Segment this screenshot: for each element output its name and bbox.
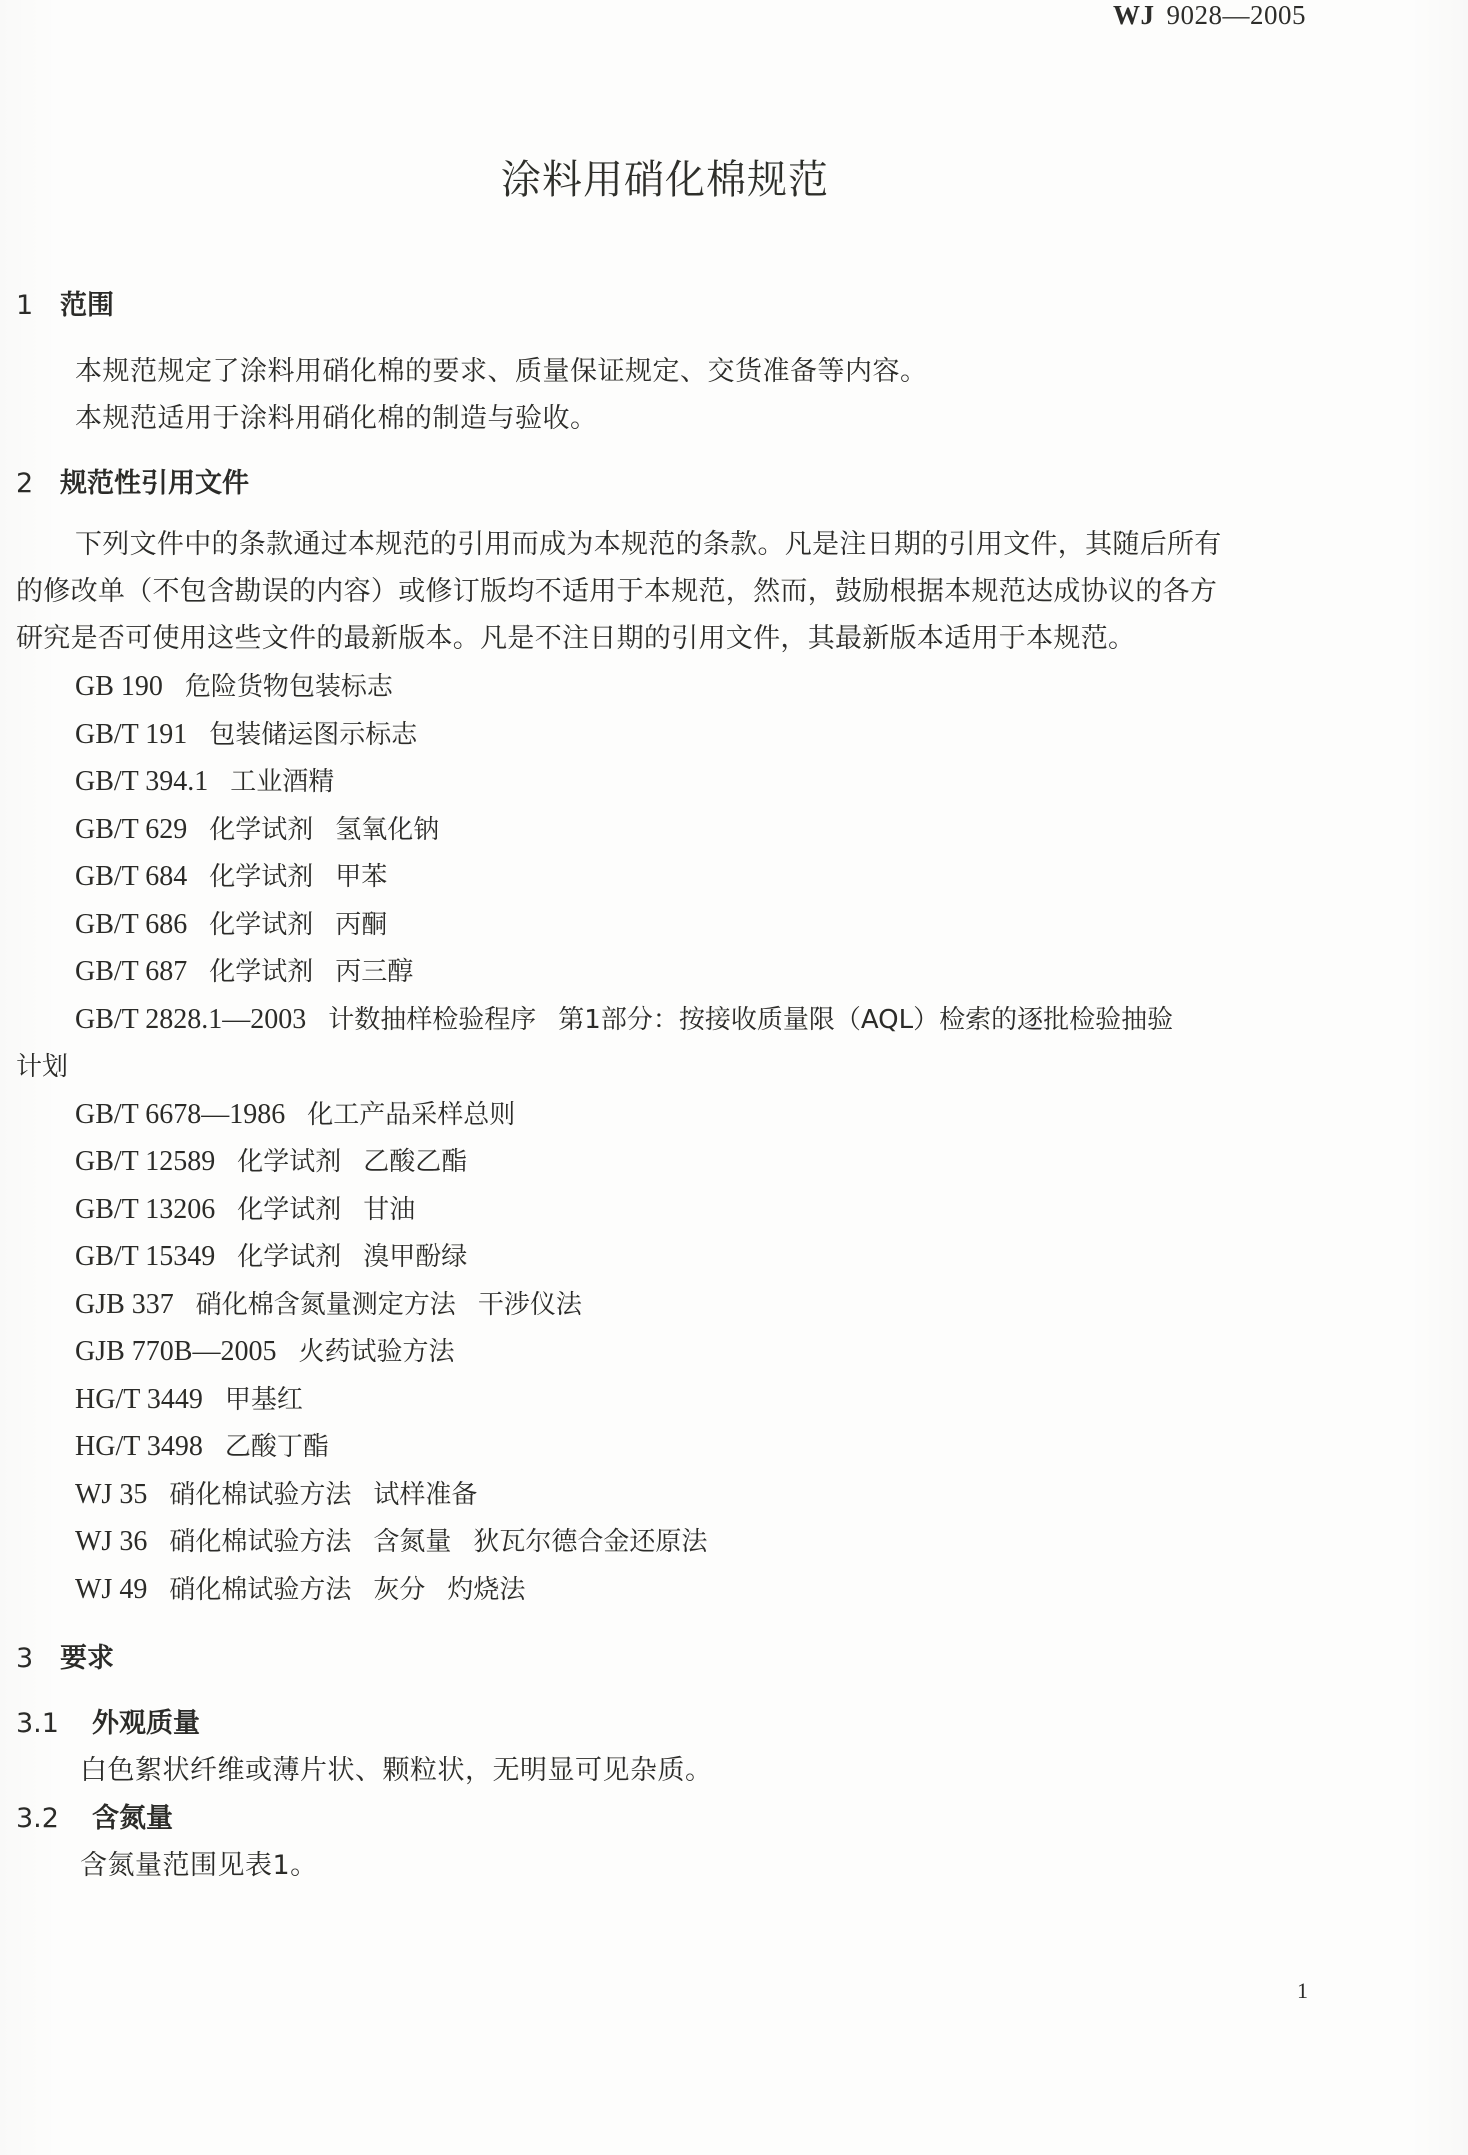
section-2-intro-line: 下列文件中的条款通过本规范的引用而成为本规范的条款。凡是注日期的引用文件，其随后…: [75, 521, 1222, 569]
standard-number: WJ9028—2005: [1113, 0, 1306, 31]
section-1-heading: 1范围: [16, 283, 114, 322]
reference-method: 灼烧法: [447, 1575, 525, 1605]
section-2-intro-line: 的修改单（不包含勘误的内容）或修订版均不适用于本规范，然而，鼓励根据本规范达成协…: [16, 568, 1217, 616]
reference-code: WJ 35: [75, 1479, 147, 1511]
reference-code: GB/T 2828.1—2003: [75, 1004, 306, 1036]
subsection-3-2-heading: 3.2含氮量: [16, 1796, 173, 1835]
reference-code: GB/T 687: [75, 956, 187, 988]
reference-item: GJB 770B—2005火药试验方法: [75, 1331, 454, 1368]
reference-title: 化学试剂: [237, 1147, 341, 1177]
reference-subtitle: 甘油: [363, 1195, 415, 1225]
section-number: 3: [16, 1643, 60, 1674]
section-2-intro-line: 研究是否可使用这些文件的最新版本。凡是不注日期的引用文件，其最新版本适用于本规范…: [16, 615, 1135, 663]
reference-item: GB/T 394.1工业酒精: [75, 761, 334, 798]
reference-method: 狄瓦尔德合金还原法: [473, 1527, 707, 1557]
subsection-3-1-text: 白色絮状纤维或薄片状、颗粒状，无明显可见杂质。: [80, 1748, 713, 1787]
reference-subtitle: 灰分: [373, 1575, 425, 1605]
reference-title: 化工产品采样总则: [307, 1100, 515, 1130]
reference-item: GJB 337硝化棉含氮量测定方法干涉仪法: [75, 1284, 582, 1321]
reference-title: 化学试剂: [209, 910, 313, 940]
reference-item: GB/T 13206化学试剂甘油: [75, 1189, 415, 1226]
reference-title: 计数抽样检验程序: [328, 1005, 536, 1035]
reference-title: 化学试剂: [209, 957, 313, 987]
section-number: 1: [16, 290, 60, 321]
reference-title: 化学试剂: [209, 815, 313, 845]
reference-code: WJ 49: [75, 1574, 147, 1606]
reference-subtitle: 氢氧化钠: [335, 815, 439, 845]
reference-code: WJ 36: [75, 1526, 147, 1558]
reference-code: GJB 770B—2005: [75, 1336, 276, 1368]
standard-prefix: WJ: [1113, 0, 1155, 30]
subsection-title: 含氮量: [92, 1803, 173, 1834]
reference-item: GB/T 684化学试剂甲苯: [75, 856, 387, 893]
reference-item: HG/T 3449甲基红: [75, 1379, 303, 1416]
reference-item-continuation: 计划: [16, 1046, 68, 1083]
reference-item: GB/T 12589化学试剂乙酸乙酯: [75, 1141, 467, 1178]
subsection-3-1-heading: 3.1外观质量: [16, 1701, 200, 1740]
reference-title: 乙酸丁酯: [225, 1432, 329, 1462]
reference-item: GB/T 687化学试剂丙三醇: [75, 951, 413, 988]
reference-subtitle: 含氮量: [373, 1527, 451, 1557]
reference-subtitle: 溴甲酚绿: [363, 1242, 467, 1272]
section-number: 2: [16, 468, 60, 499]
reference-item: GB/T 15349化学试剂溴甲酚绿: [75, 1236, 467, 1273]
reference-item: GB 190危险货物包装标志: [75, 666, 393, 703]
reference-code: GJB 337: [75, 1289, 174, 1321]
section-1-paragraph: 本规范规定了涂料用硝化棉的要求、质量保证规定、交货准备等内容。: [75, 349, 928, 388]
reference-continuation: 计划: [16, 1052, 68, 1082]
reference-item: HG/T 3498乙酸丁酯: [75, 1426, 329, 1463]
reference-code: GB/T 394.1: [75, 766, 208, 798]
reference-item: WJ 49硝化棉试验方法灰分灼烧法: [75, 1569, 525, 1606]
reference-item: GB/T 191包装储运图示标志: [75, 714, 417, 751]
reference-subtitle: 干涉仪法: [478, 1290, 582, 1320]
reference-title: 包装储运图示标志: [209, 720, 417, 750]
reference-code: GB/T 629: [75, 814, 187, 846]
reference-subtitle: 第1部分：按接收质量限（AQL）检索的逐批检验抽验: [558, 1005, 1173, 1035]
reference-code: GB/T 12589: [75, 1146, 215, 1178]
section-title: 要求: [60, 1643, 114, 1674]
reference-subtitle: 丙酮: [335, 910, 387, 940]
subsection-title: 外观质量: [92, 1708, 200, 1739]
scan-texture: [0, 0, 1468, 2155]
reference-item: GB/T 6678—1986化工产品采样总则: [75, 1094, 515, 1131]
reference-title: 火药试验方法: [298, 1337, 454, 1367]
reference-code: GB 190: [75, 671, 163, 703]
standard-code: 9028—2005: [1167, 0, 1307, 30]
reference-subtitle: 丙三醇: [335, 957, 413, 987]
reference-subtitle: 甲苯: [335, 862, 387, 892]
reference-title: 甲基红: [225, 1385, 303, 1415]
section-title: 范围: [60, 290, 114, 321]
reference-title: 硝化棉试验方法: [169, 1575, 351, 1605]
reference-item: WJ 35硝化棉试验方法试样准备: [75, 1474, 477, 1511]
reference-code: GB/T 13206: [75, 1194, 215, 1226]
document-title: 涂料用硝化棉规范: [0, 148, 1330, 205]
page-number: 1: [1297, 1978, 1308, 2004]
reference-title: 工业酒精: [230, 767, 334, 797]
reference-item: GB/T 2828.1—2003计数抽样检验程序第1部分：按接收质量限（AQL）…: [75, 999, 1173, 1036]
reference-title: 硝化棉试验方法: [169, 1527, 351, 1557]
section-2-heading: 2规范性引用文件: [16, 461, 249, 500]
reference-title: 化学试剂: [237, 1242, 341, 1272]
reference-code: GB/T 15349: [75, 1241, 215, 1273]
section-3-heading: 3要求: [16, 1636, 114, 1675]
reference-code: GB/T 684: [75, 861, 187, 893]
reference-code: GB/T 686: [75, 909, 187, 941]
reference-code: HG/T 3498: [75, 1431, 203, 1463]
reference-title: 硝化棉试验方法: [169, 1480, 351, 1510]
subsection-number: 3.1: [16, 1708, 92, 1739]
section-title: 规范性引用文件: [60, 468, 249, 499]
reference-title: 化学试剂: [209, 862, 313, 892]
reference-code: GB/T 191: [75, 719, 187, 751]
reference-item: GB/T 686化学试剂丙酮: [75, 904, 387, 941]
reference-item: WJ 36硝化棉试验方法含氮量狄瓦尔德合金还原法: [75, 1521, 707, 1558]
reference-code: GB/T 6678—1986: [75, 1099, 285, 1131]
reference-title: 危险货物包装标志: [185, 672, 393, 702]
reference-title: 化学试剂: [237, 1195, 341, 1225]
subsection-number: 3.2: [16, 1803, 92, 1834]
reference-code: HG/T 3449: [75, 1384, 203, 1416]
reference-item: GB/T 629化学试剂氢氧化钠: [75, 809, 439, 846]
reference-subtitle: 试样准备: [373, 1480, 477, 1510]
section-1-paragraph: 本规范适用于涂料用硝化棉的制造与验收。: [75, 396, 598, 435]
subsection-3-2-text: 含氮量范围见表1。: [80, 1843, 318, 1882]
reference-subtitle: 乙酸乙酯: [363, 1147, 467, 1177]
reference-title: 硝化棉含氮量测定方法: [196, 1290, 456, 1320]
